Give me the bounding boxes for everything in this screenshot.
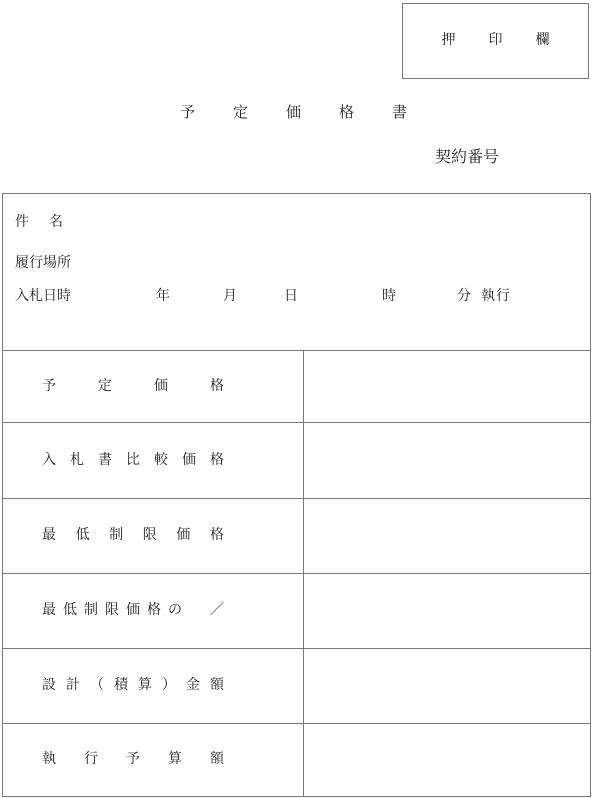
contract-number-label: 契約番号 [435,150,499,166]
hour-label: 時 [382,290,396,304]
price-table: 件 名 履行場所 入札日時 年 月 日 時 分 執行 予定価格 [2,193,591,797]
seal-box: 押 印 欄 [402,3,589,79]
table-row: 最低制限価格 [3,499,591,574]
table-row: 執行予算額 [3,724,591,797]
row-label: 最低制限価格の ／ [42,603,224,618]
row-label: 最低制限価格 [42,528,224,543]
document-page: 押 印 欄 予 定 価 格 書 契約番号 件 名 履行場所 入札日時 年 月 日… [0,0,594,798]
row-value-cell [304,724,591,797]
subject-label: 件 名 [15,216,66,230]
row-value-cell [304,649,591,724]
table-header-row: 件 名 履行場所 入札日時 年 月 日 時 分 執行 [3,194,591,351]
bid-datetime-label: 入札日時 [15,290,71,304]
table-row: 予定価格 [3,351,591,423]
table-row: 設計（積算）金額 [3,649,591,724]
table-row: 最低制限価格の ／ [3,574,591,649]
row-label-cell: 執行予算額 [3,724,304,797]
minute-label: 分 [457,290,471,304]
year-label: 年 [156,290,170,304]
month-label: 月 [223,290,237,304]
row-value-cell [304,423,591,499]
row-label: 入札書比較価格 [42,453,224,468]
row-value-cell [304,499,591,574]
row-label: 予定価格 [42,379,224,394]
row-label-cell: 入札書比較価格 [3,423,304,499]
page-title: 予 定 価 格 書 [180,106,419,121]
row-value-cell [304,351,591,423]
row-label: 執行予算額 [42,752,224,767]
day-label: 日 [284,290,298,304]
location-label: 履行場所 [15,257,71,271]
header-cell: 件 名 履行場所 入札日時 年 月 日 時 分 執行 [3,194,591,351]
table-row: 入札書比較価格 [3,423,591,499]
row-value-cell [304,574,591,649]
seal-box-label: 押 印 欄 [432,34,559,48]
row-label: 設計（積算）金額 [42,678,224,693]
execution-suffix-label: 執行 [481,290,511,304]
row-label-cell: 設計（積算）金額 [3,649,304,724]
row-label-cell: 予定価格 [3,351,304,423]
row-label-cell: 最低制限価格 [3,499,304,574]
row-label-cell: 最低制限価格の ／ [3,574,304,649]
